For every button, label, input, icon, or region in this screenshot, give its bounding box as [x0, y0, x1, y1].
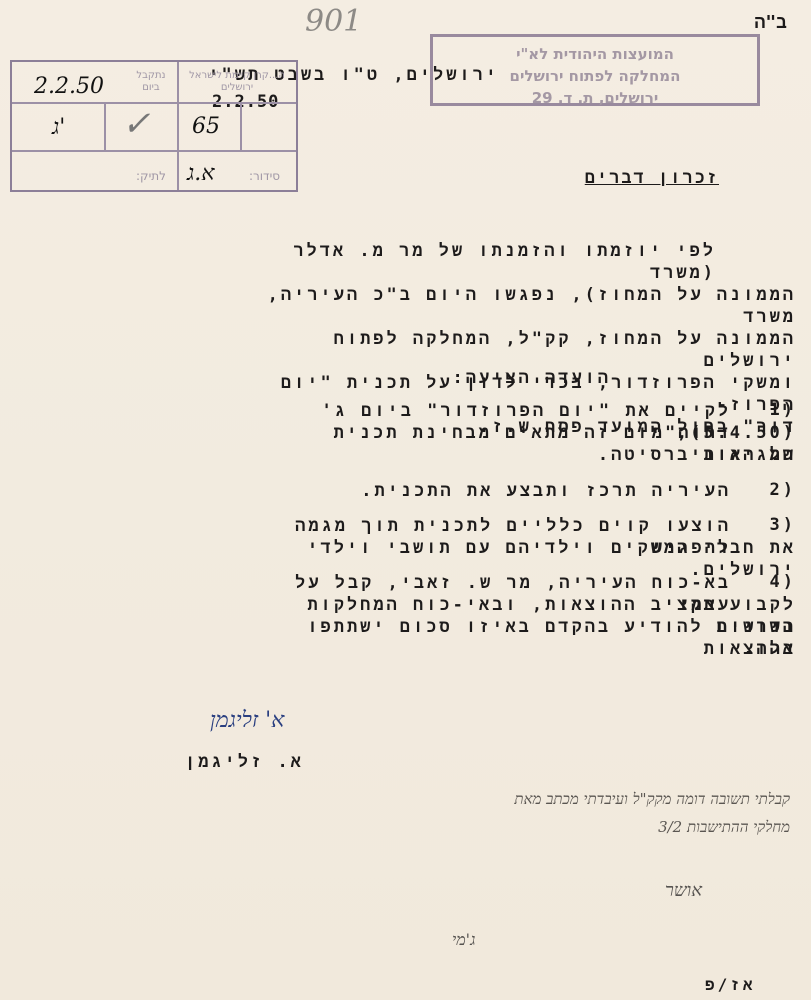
item-number: 1) [770, 400, 796, 420]
registry-divider [177, 62, 179, 190]
item-number: 4) [770, 572, 796, 592]
registry-number: 65 [192, 114, 220, 139]
registry-received-label: נתקבל ביום [127, 70, 175, 94]
registry-serial-label: סידור: [237, 170, 292, 182]
handwritten-approval: אושר [665, 880, 702, 901]
registry-file-number: א.ג [187, 160, 214, 186]
registry-received-date: 2.2.50 [34, 74, 104, 99]
bh-header: ב"ה [755, 12, 787, 34]
handwritten-initials: ג'מי [452, 930, 475, 950]
handwritten-signature: א' זליגמן [210, 707, 284, 733]
intro-line: הממונה על המחוז, קק"ל, המחלקה לפתוח ירוש… [256, 328, 796, 372]
registry-org-label: ה...קרן קיימת לישראל ירושלים [182, 70, 292, 94]
registry-divider [240, 102, 242, 150]
registry-stamp: ה...קרן קיימת לישראל ירושלים נתקבל ביום … [10, 60, 298, 192]
registry-divider [12, 102, 296, 104]
registry-initial: ג' [52, 114, 65, 140]
handwritten-note: קבלתי תשובה דומה מקק"ל ועיבדתי מכתב מאת … [330, 785, 790, 841]
intro-line: הממונה על המחוז), נפגשו היום ב"כ העיריה,… [256, 284, 796, 328]
stamp-line: ירושלים, ת. ד. 29 [433, 87, 757, 109]
registry-file-label: לתיק: [127, 170, 175, 182]
intro-line: לפי יוזמתו והזמנתו של מר מ. אדלר (משרד [256, 240, 796, 284]
note-line: מחלקי ההתישבות 3/2 [330, 813, 790, 841]
registry-divider [104, 102, 106, 150]
handwritten-file-number: 901 [305, 4, 362, 39]
checkmark-icon: ✓ [122, 104, 151, 144]
registry-divider [12, 150, 296, 152]
committee-heading: הועדה הציעה: [453, 368, 612, 389]
typed-signature: א. זליגמן [185, 752, 304, 773]
stamp-line: המועצות היהודית לא"י [433, 43, 757, 65]
item-text: העיריה תרכז ותבצע את התכנית. [256, 480, 731, 502]
item-text: של האוניברסיטה. [256, 444, 796, 466]
item-number: 2) [770, 480, 796, 500]
item-text: אלה. [256, 638, 796, 660]
reference-code: אז/פ [705, 975, 755, 995]
item-number: 3) [770, 515, 796, 535]
document-title: זכרון דברים [585, 168, 719, 189]
note-line: קבלתי תשובה דומה מקק"ל ועיבדתי מכתב מאת [330, 785, 790, 813]
